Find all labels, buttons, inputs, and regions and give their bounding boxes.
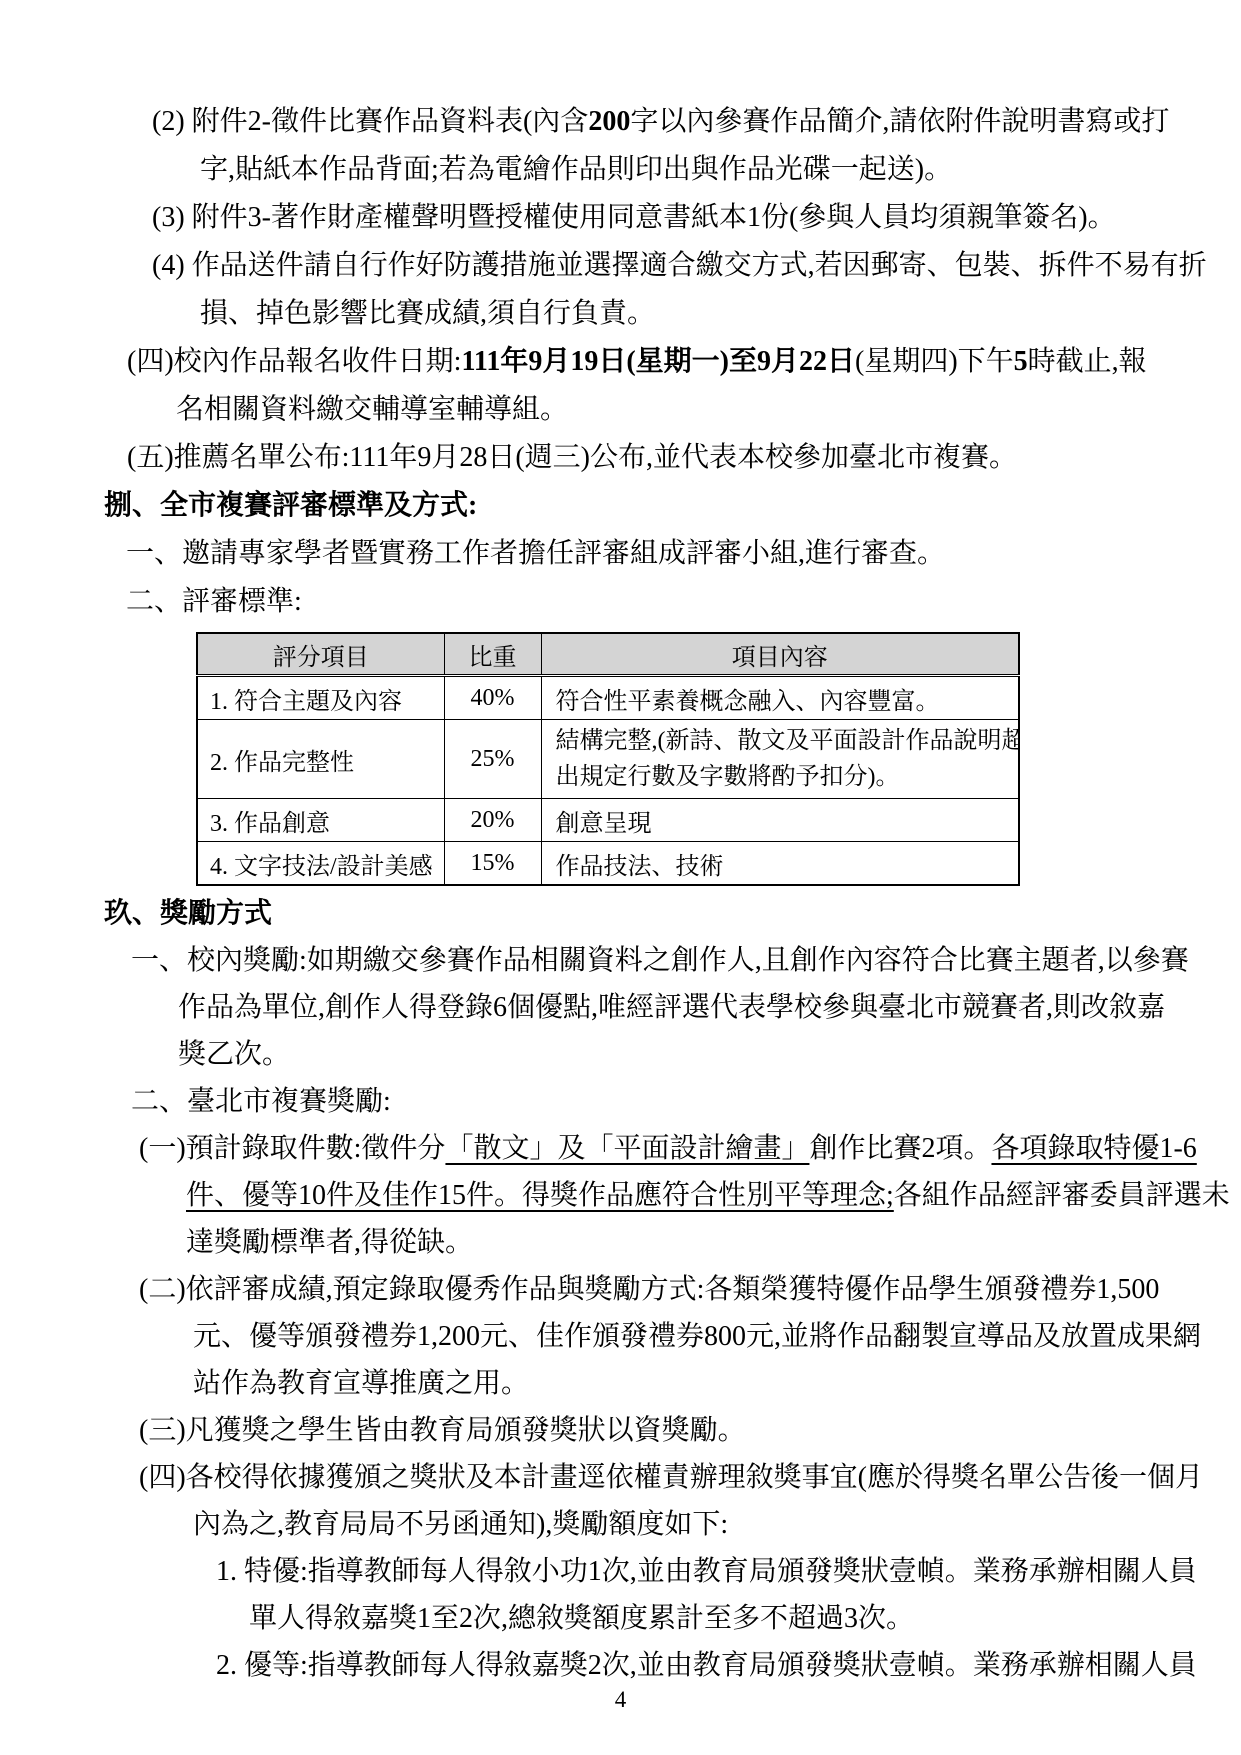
text-run: 字以內參賽作品簡介,請依附件說明書寫或打 xyxy=(630,106,1169,137)
criteria-table-header-row: 評分項目 比重 項目內容 xyxy=(197,633,1019,676)
text-run: 獎乙次。 xyxy=(178,1039,290,1070)
city-award-heading: 二、臺北市複賽獎勵: xyxy=(0,1078,1201,1125)
column-header-content: 項目內容 xyxy=(541,633,1019,676)
row-content-cell: 創意呈現 xyxy=(541,799,1019,842)
city-award-p3-line-1: (三)凡獲獎之學生皆由教育局頒發獎狀以資獎勵。 xyxy=(0,1407,1201,1454)
text-run-underline: 件、優等10件及佳作15件。得獎作品應符合性別平等理念; xyxy=(186,1180,894,1211)
city-award-p2-line-2: 元、優等頒發禮券1,200元、佳作頒發禮券800元,並將作品翻製宣導品及放置成果… xyxy=(0,1313,1201,1360)
text-run: 捌、全市複賽評審標準及方式: xyxy=(104,490,477,521)
award-sub-item-1-line-1: 1. 特優:指導教師每人得敘小功1次,並由教育局頒發獎狀壹幀。業務承辦相關人員 xyxy=(0,1548,1201,1595)
deadline-item-4-line-1: (四)校內作品報名收件日期:111年9月19日(星期一)至9月22日(星期四)下… xyxy=(0,338,1201,386)
city-award-p1-line-3: 達獎勵標準者,得從缺。 xyxy=(0,1219,1201,1266)
row-content-cell: 結構完整,(新詩、散文及平面設計作品說明超 出規定行數及字數將酌予扣分)。 xyxy=(541,720,1019,799)
text-run: (星期四)下午 xyxy=(855,346,1014,377)
row-item-cell: 1. 符合主題及內容 xyxy=(197,676,444,720)
text-run: 2. 優等:指導教師每人得敘嘉獎2次,並由教育局頒發獎狀壹幀。業務承辦相關人員 xyxy=(216,1650,1197,1681)
text-run: (四)校內作品報名收件日期: xyxy=(127,346,461,377)
table-row: 2. 作品完整性 25% 結構完整,(新詩、散文及平面設計作品說明超 出規定行數… xyxy=(197,720,1019,799)
attachment-item-2-line-1: (2) 附件2-徵件比賽作品資料表(內含200字以內參賽作品簡介,請依附件說明書… xyxy=(0,98,1201,146)
row-weight-cell: 20% xyxy=(444,799,541,842)
text-run: 出規定行數及字數將酌予扣分)。 xyxy=(556,759,1018,795)
document-page: (2) 附件2-徵件比賽作品資料表(內含200字以內參賽作品簡介,請依附件說明書… xyxy=(0,0,1241,1755)
table-row: 3. 作品創意 20% 創意呈現 xyxy=(197,799,1019,842)
text-run: 玖、獎勵方式 xyxy=(104,898,272,929)
deadline-item-5-line-1: (五)推薦名單公布:111年9月28日(週三)公布,並代表本校參加臺北市複賽。 xyxy=(0,434,1201,482)
row-item-cell: 4. 文字技法/設計美感 xyxy=(197,842,444,886)
text-run-bold: 5 xyxy=(1014,346,1028,377)
text-run: 元、優等頒發禮券1,200元、佳作頒發禮券800元,並將作品翻製宣導品及放置成果… xyxy=(193,1321,1201,1352)
text-run-bold: 111年9月19日(星期一)至9月22日 xyxy=(461,346,855,377)
row-content-cell: 符合性平素養概念融入、內容豐富。 xyxy=(541,676,1019,720)
row-item-cell: 3. 作品創意 xyxy=(197,799,444,842)
document-body: (2) 附件2-徵件比賽作品資料表(內含200字以內參賽作品簡介,請依附件說明書… xyxy=(0,98,1201,1689)
attachment-item-2-line-2: 字,貼紙本作品背面;若為電繪作品則印出與作品光碟一起送)。 xyxy=(0,146,1201,194)
section-8-heading: 捌、全市複賽評審標準及方式: xyxy=(0,482,1201,530)
attachment-item-3-line-1: (3) 附件3-著作財產權聲明暨授權使用同意書紙本1份(參與人員均須親筆簽名)。 xyxy=(0,194,1201,242)
table-row: 1. 符合主題及內容 40% 符合性平素養概念融入、內容豐富。 xyxy=(197,676,1019,720)
city-award-p2-line-1: (二)依評審成績,預定錄取優秀作品與獎勵方式:各類榮獲特優作品學生頒發禮券1,5… xyxy=(0,1266,1201,1313)
city-award-p1-line-2: 件、優等10件及佳作15件。得獎作品應符合性別平等理念;各組作品經評審委員評選未 xyxy=(0,1172,1201,1219)
text-run: 作品為單位,創作人得登錄6個優點,唯經評選代表學校參與臺北市競賽者,則改敘嘉 xyxy=(178,992,1165,1023)
school-award-line-3: 獎乙次。 xyxy=(0,1031,1201,1078)
text-run-bold: 200 xyxy=(588,106,630,137)
section-8-item-2-label: 二、評審標準: xyxy=(0,578,1201,626)
text-run: (3) 附件3-著作財產權聲明暨授權使用同意書紙本1份(參與人員均須親筆簽名)。 xyxy=(152,202,1116,233)
text-run: 結構完整,(新詩、散文及平面設計作品說明超 xyxy=(556,723,1018,759)
section-8-item-1: 一、邀請專家學者暨實務工作者擔任評審組成評審小組,進行審查。 xyxy=(0,530,1201,578)
text-run: (二)依評審成績,預定錄取優秀作品與獎勵方式:各類榮獲特優作品學生頒發禮券1,5… xyxy=(139,1274,1159,1305)
text-run: 二、評審標準: xyxy=(126,586,302,617)
column-header-weight: 比重 xyxy=(444,633,541,676)
text-run-underline: 「散文」及「平面設計繪畫」 xyxy=(445,1133,809,1164)
deadline-item-4-line-2: 名相關資料繳交輔導室輔導組。 xyxy=(0,386,1201,434)
text-run: (五)推薦名單公布:111年9月28日(週三)公布,並代表本校參加臺北市複賽。 xyxy=(127,442,1017,473)
text-run: 1. 特優:指導教師每人得敘小功1次,並由教育局頒發獎狀壹幀。業務承辦相關人員 xyxy=(216,1556,1197,1587)
row-content-cell: 作品技法、技術 xyxy=(541,842,1019,886)
attachment-item-4-line-2: 損、掉色影響比賽成績,須自行負責。 xyxy=(0,290,1201,338)
page-number: 4 xyxy=(0,1686,1241,1714)
city-award-p2-line-3: 站作為教育宣導推廣之用。 xyxy=(0,1360,1201,1407)
school-award-line-2: 作品為單位,創作人得登錄6個優點,唯經評選代表學校參與臺北市競賽者,則改敘嘉 xyxy=(0,984,1201,1031)
section-9-heading: 玖、獎勵方式 xyxy=(0,890,1201,937)
text-run: 一、邀請專家學者暨實務工作者擔任評審組成評審小組,進行審查。 xyxy=(126,538,945,569)
text-run: (2) 附件2-徵件比賽作品資料表(內含 xyxy=(152,106,588,137)
text-run: (四)各校得依據獲頒之獎狀及本計畫逕依權責辦理敘獎事宜(應於得獎名單公告後一個月 xyxy=(139,1462,1203,1493)
attachment-item-4-line-1: (4) 作品送件請自行作好防護措施並選擇適合繳交方式,若因郵寄、包裝、拆件不易有… xyxy=(0,242,1201,290)
row-weight-cell: 15% xyxy=(444,842,541,886)
text-run: 損、掉色影響比賽成績,須自行負責。 xyxy=(200,298,655,329)
table-row: 4. 文字技法/設計美感 15% 作品技法、技術 xyxy=(197,842,1019,886)
city-award-p4-line-2: 內為之,教育局局不另函通知),獎勵額度如下: xyxy=(0,1501,1201,1548)
text-run: (一)預計錄取件數:徵件分 xyxy=(139,1133,445,1164)
text-run-underline: 各項錄取特優1-6 xyxy=(991,1133,1196,1164)
text-run: 各組作品經評審委員評選未 xyxy=(894,1180,1230,1211)
text-run: 創作比賽2項。 xyxy=(809,1133,991,1164)
text-run: 一、校內獎勵:如期繳交參賽作品相關資料之創作人,且創作內容符合比賽主題者,以參賽 xyxy=(131,945,1189,976)
text-run: 達獎勵標準者,得從缺。 xyxy=(186,1227,473,1258)
text-run: (4) 作品送件請自行作好防護措施並選擇適合繳交方式,若因郵寄、包裝、拆件不易有… xyxy=(152,250,1207,281)
award-sub-item-1-line-2: 單人得敘嘉獎1至2次,總敘獎額度累計至多不超過3次。 xyxy=(0,1595,1201,1642)
criteria-table: 評分項目 比重 項目內容 1. 符合主題及內容 40% 符合性平素養概念融入、內… xyxy=(196,632,1020,886)
school-award-line-1: 一、校內獎勵:如期繳交參賽作品相關資料之創作人,且創作內容符合比賽主題者,以參賽 xyxy=(0,937,1201,984)
text-run: 二、臺北市複賽獎勵: xyxy=(131,1086,391,1117)
row-item-cell: 2. 作品完整性 xyxy=(197,720,444,799)
text-run: 站作為教育宣導推廣之用。 xyxy=(193,1368,529,1399)
city-award-p4-line-1: (四)各校得依據獲頒之獎狀及本計畫逕依權責辦理敘獎事宜(應於得獎名單公告後一個月 xyxy=(0,1454,1201,1501)
row-weight-cell: 25% xyxy=(444,720,541,799)
text-run: 名相關資料繳交輔導室輔導組。 xyxy=(176,394,568,425)
text-run: 時截止,報 xyxy=(1028,346,1147,377)
column-header-item: 評分項目 xyxy=(197,633,444,676)
text-run: 內為之,教育局局不另函通知),獎勵額度如下: xyxy=(193,1509,728,1540)
row-weight-cell: 40% xyxy=(444,676,541,720)
award-sub-item-2-line-1: 2. 優等:指導教師每人得敘嘉獎2次,並由教育局頒發獎狀壹幀。業務承辦相關人員 xyxy=(0,1642,1201,1689)
text-run: 字,貼紙本作品背面;若為電繪作品則印出與作品光碟一起送)。 xyxy=(200,154,952,185)
text-run: (三)凡獲獎之學生皆由教育局頒發獎狀以資獎勵。 xyxy=(139,1415,746,1446)
text-run: 單人得敘嘉獎1至2次,總敘獎額度累計至多不超過3次。 xyxy=(249,1603,914,1634)
city-award-p1-line-1: (一)預計錄取件數:徵件分「散文」及「平面設計繪畫」創作比賽2項。各項錄取特優1… xyxy=(0,1125,1201,1172)
